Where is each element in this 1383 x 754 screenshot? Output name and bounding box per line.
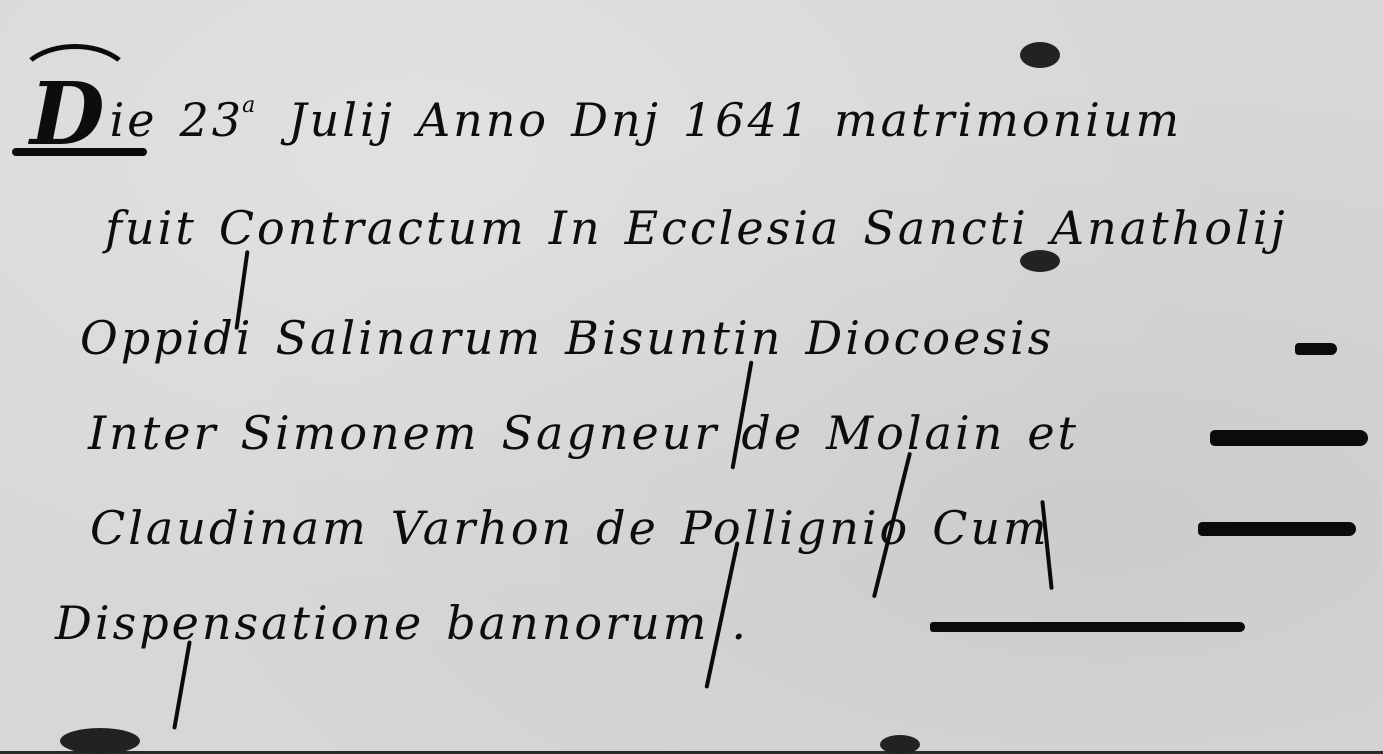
word: Sagneur [502, 406, 720, 460]
line-filler-stroke [1295, 343, 1337, 355]
word: Anatholij [1051, 201, 1288, 255]
date-suffix: a [242, 93, 258, 118]
word: Dnj [571, 93, 661, 147]
word: Julij [288, 93, 395, 147]
word: Simonem [241, 406, 480, 460]
word: Oppidi [80, 311, 253, 365]
manuscript-line-6: Dispensationebannorum. [55, 600, 749, 646]
manuscript-line-4: InterSimonemSagneurdeMolainet [88, 410, 1101, 456]
line-filler-stroke [930, 622, 1245, 632]
word: Molain [826, 406, 1005, 460]
manuscript-line-2: fuitContractumInEcclesiaSanctiAnatholij [105, 205, 1310, 251]
ink-blot [880, 735, 920, 754]
manuscript-line-1: Die23aJulijAnnoDnj1641matrimonium [30, 72, 1204, 158]
date-number: 23 [180, 93, 245, 147]
word: In [549, 201, 603, 255]
word: de [741, 406, 804, 460]
ink-blot [1020, 42, 1060, 68]
manuscript-page: Die23aJulijAnnoDnj1641matrimonium fuitCo… [0, 0, 1383, 754]
word: Anno [417, 93, 549, 147]
initial-underbar [12, 148, 147, 156]
word: matrimonium [834, 93, 1182, 147]
word: fuit [105, 201, 197, 255]
word: Dispensatione [55, 596, 424, 650]
word: Claudinam [90, 501, 369, 555]
line-filler-stroke [1210, 430, 1368, 446]
word: bannorum [446, 596, 709, 650]
word: Salinarum [275, 311, 543, 365]
word: Diocoesis [805, 311, 1054, 365]
descender-stroke [172, 640, 192, 729]
period: . [731, 596, 749, 650]
manuscript-line-3: OppidiSalinarumBisuntinDiocoesis [80, 315, 1076, 361]
word: Cum [932, 501, 1049, 555]
manuscript-line-5: ClaudinamVarhondePollignioCum [90, 505, 1072, 551]
word: et [1027, 406, 1079, 460]
ink-blot [60, 728, 140, 754]
word: Contractum [219, 201, 527, 255]
word: Sancti [863, 201, 1029, 255]
word: Inter [88, 406, 219, 460]
word: Ecclesia [625, 201, 842, 255]
line-filler-stroke [1198, 522, 1356, 536]
year: 1641 [683, 93, 812, 147]
ink-blot [1020, 250, 1060, 272]
word: Pollignio [681, 501, 910, 555]
word: Varhon [391, 501, 574, 555]
word: de [596, 501, 659, 555]
word: Bisuntin [565, 311, 783, 365]
initial-flourish [15, 44, 135, 124]
